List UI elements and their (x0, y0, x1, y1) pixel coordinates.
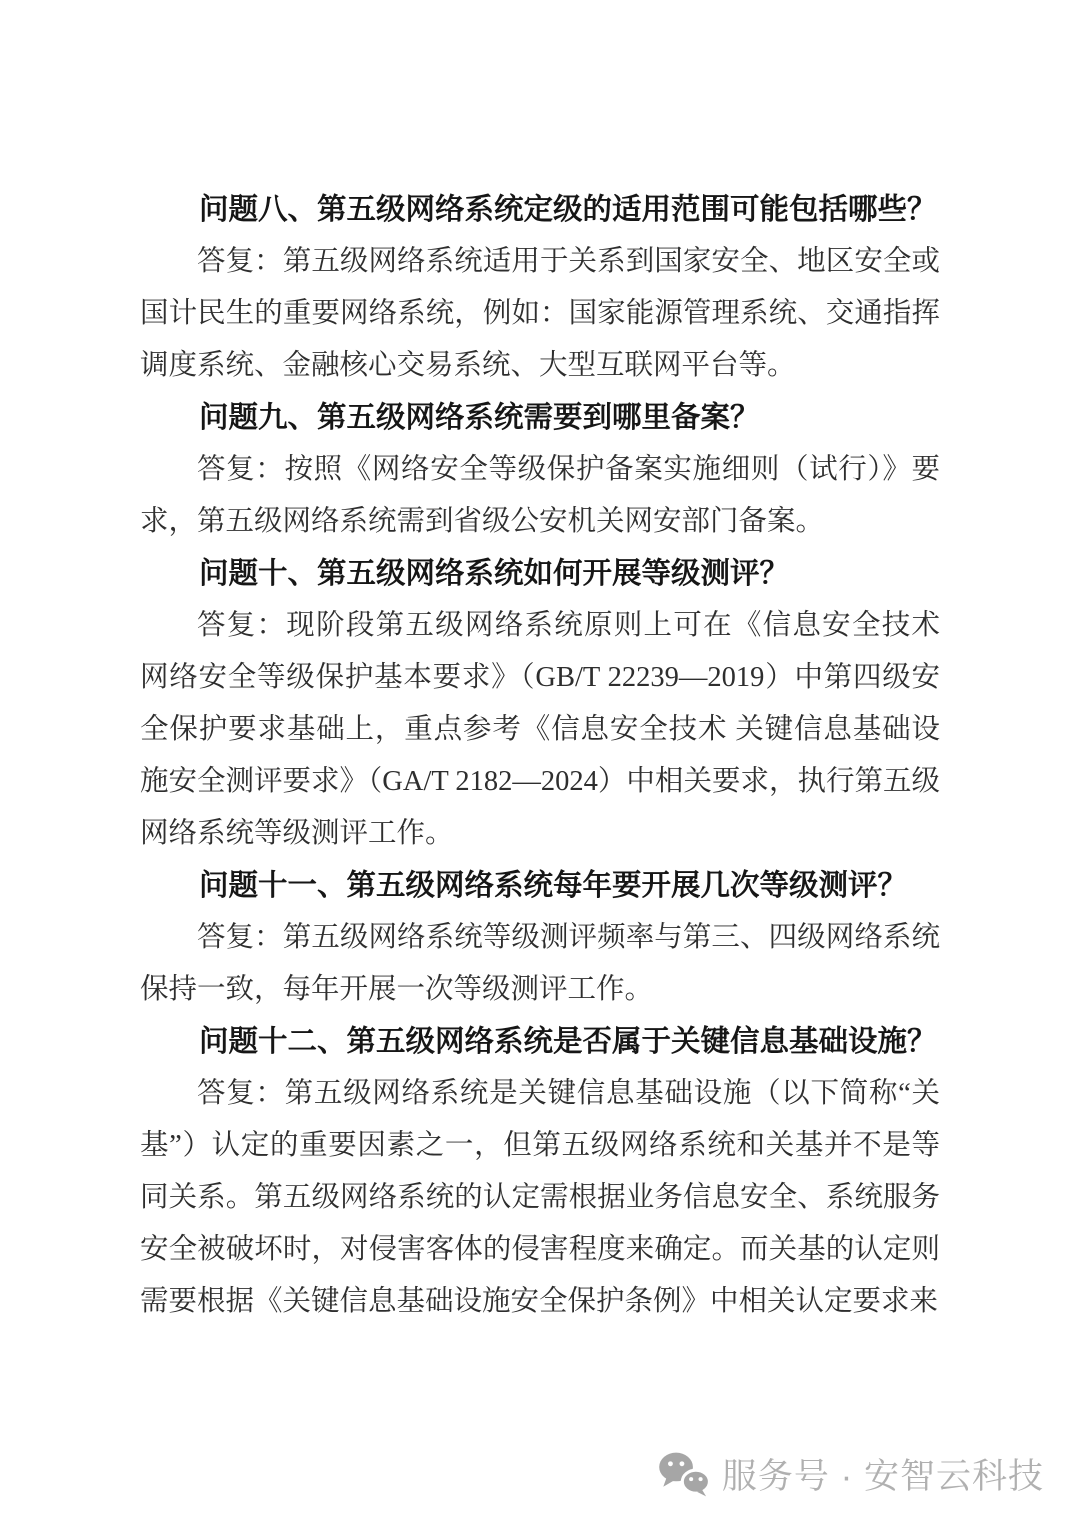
question-heading-8: 问题八、第五级网络系统定级的适用范围可能包括哪些？ (140, 184, 940, 236)
question-heading-10: 问题十、第五级网络系统如何开展等级测评？ (140, 548, 940, 600)
watermark-label: 服务号 · 安智云科技 (722, 1449, 1044, 1499)
question-heading-11: 问题十一、第五级网络系统每年要开展几次等级测评？ (140, 860, 940, 912)
answer-paragraph-8: 答复：第五级网络系统适用于关系到国家安全、地区安全或国计民生的重要网络系统，例如… (140, 236, 940, 392)
wechat-icon (658, 1451, 712, 1497)
document-body: 问题八、第五级网络系统定级的适用范围可能包括哪些？ 答复：第五级网络系统适用于关… (140, 184, 940, 1328)
document-page: 问题八、第五级网络系统定级的适用范围可能包括哪些？ 答复：第五级网络系统适用于关… (0, 0, 1080, 1527)
question-heading-9: 问题九、第五级网络系统需要到哪里备案？ (140, 392, 940, 444)
answer-paragraph-11: 答复：第五级网络系统等级测评频率与第三、四级网络系统保持一致，每年开展一次等级测… (140, 912, 940, 1016)
answer-paragraph-9: 答复：按照《网络安全等级保护备案实施细则（试行）》要求，第五级网络系统需到省级公… (140, 444, 940, 548)
question-heading-12: 问题十二、第五级网络系统是否属于关键信息基础设施？ (140, 1016, 940, 1068)
watermark-footer: 服务号 · 安智云科技 (658, 1449, 1044, 1499)
answer-paragraph-10: 答复：现阶段第五级网络系统原则上可在《信息安全技术 网络安全等级保护基本要求》（… (140, 600, 940, 860)
answer-paragraph-12: 答复：第五级网络系统是关键信息基础设施（以下简称“关基”）认定的重要因素之一，但… (140, 1068, 940, 1328)
